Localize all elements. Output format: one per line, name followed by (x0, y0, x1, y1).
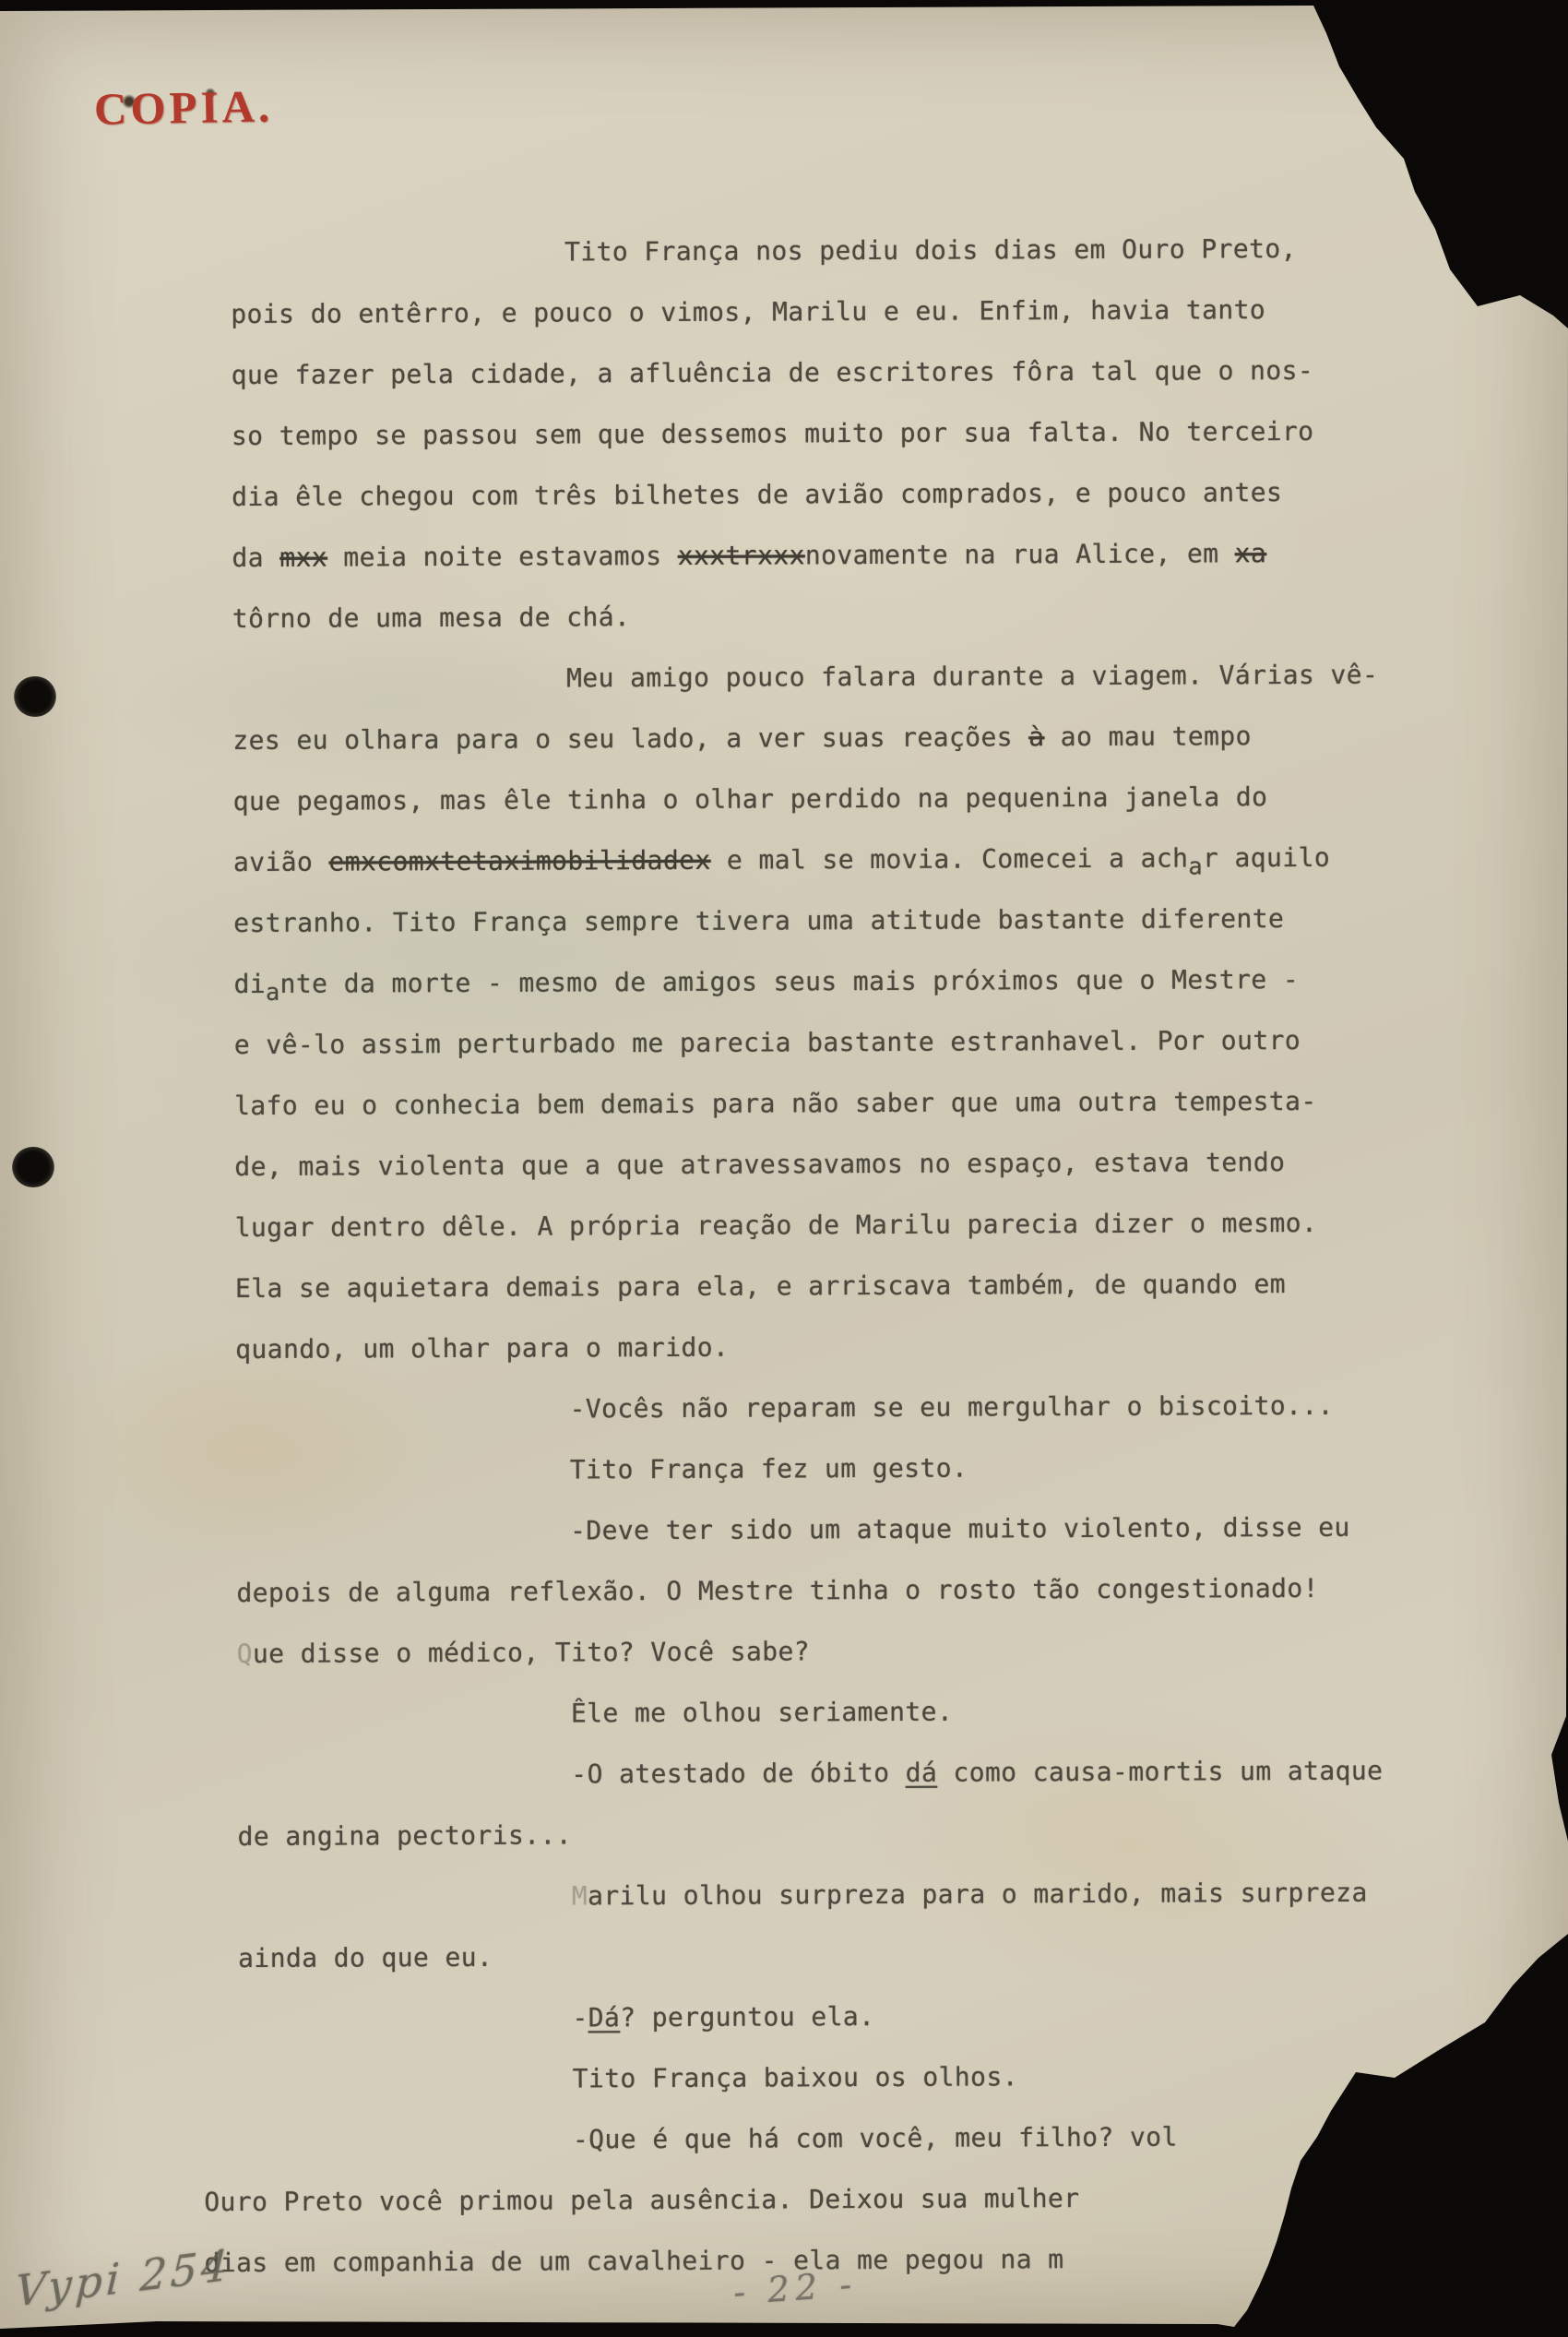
typescript-segment-sub: a (1188, 853, 1203, 879)
typescript-line: -Dá? perguntou ela. (7, 1998, 1568, 2066)
typescript-segment-strike: mxx (279, 543, 327, 573)
typescript-segment: ? perguntou ela. (620, 2001, 874, 2033)
typescript-line: de, mais violenta que a que atravessavam… (4, 1146, 1568, 1213)
typescript-line: quando, um olhar para o marido. (5, 1329, 1568, 1396)
scan-background: COPIA. Tito França nos pediu dois dias e… (0, 0, 1568, 2337)
typescript-segment: - (572, 2002, 588, 2033)
typescript-line: e vê-lo assim perturbado me parecia bast… (4, 1024, 1568, 1091)
typescript-line: ainda do que eu. (7, 1938, 1568, 2005)
typescript-segment-strike: à (1028, 721, 1044, 752)
typescript-segment: Ela se aquietara demais para ela, e arri… (235, 1269, 1286, 1304)
typescript-segment: como causa-mortis um ataque (937, 1756, 1383, 1788)
typescript-segment-faint: M (572, 1880, 588, 1911)
typescript-segment: -Vocês não reparam se eu mergulhar o bis… (569, 1390, 1333, 1425)
typescript-line: depois de alguma reflexão. O Mestre tinh… (6, 1572, 1568, 1639)
typescript-segment: que fazer pela cidade, a afluência de es… (232, 355, 1314, 390)
typescript-segment: Ouro Preto você primou pela ausência. De… (204, 2183, 1079, 2217)
typescript-segment: -Que é que há com você, meu filho? vol (573, 2122, 1178, 2155)
typescript-segment: tôrno de uma mesa de chá. (232, 602, 631, 634)
typescript-body: Tito França nos pediu dois dias em Ouro … (0, 233, 1568, 2309)
typescript-segment: -Deve ter sido um ataque muito violento,… (570, 1512, 1350, 1546)
typescript-segment-faint: Q (237, 1639, 253, 1669)
typescript-segment: Tito França fez um gesto. (570, 1453, 968, 1485)
page-number-pencil: - 22 - (732, 2263, 859, 2312)
typescript-line: que fazer pela cidade, a afluência de es… (1, 354, 1568, 422)
typescript-line: Tito França nos pediu dois dias em Ouro … (0, 233, 1568, 300)
typescript-line: -O atestado de óbito dá como causa-morti… (6, 1755, 1568, 1822)
typescript-segment: da (232, 543, 279, 573)
typescript-segment: dia êle chegou com três bilhetes de aviã… (232, 477, 1282, 512)
typescript-segment: Tito França baixou os olhos. (573, 2061, 1018, 2093)
typescript-line: que pegamos, mas êle tinha o olhar perdi… (3, 781, 1568, 848)
typescript-segment: depois de alguma reflexão. O Mestre tinh… (236, 1573, 1319, 1608)
typescript-segment: novamente na rua Alice, em (805, 538, 1235, 570)
typescript-segment: di (233, 969, 266, 999)
typescript-segment-strike: xxxtrxxx (678, 540, 805, 571)
typescript-segment: pois do entêrro, e pouco o vimos, Marilu… (231, 294, 1265, 329)
typescript-segment: dias em companhia de um cavalheiro - ela… (205, 2244, 1064, 2278)
typescript-segment: Meu amigo pouco falara durante a viagem.… (566, 660, 1378, 694)
typescript-segment: lugar dentro dêle. A própria reação de M… (235, 1208, 1318, 1243)
typescript-segment-sub: a (266, 979, 280, 1006)
punch-hole-top (14, 676, 56, 717)
typescript-segment: ao mau tempo (1044, 721, 1252, 752)
typescript-segment: r aquilo (1203, 842, 1330, 874)
typescript-line: estranho. Tito França sempre tivera uma … (3, 902, 1568, 970)
typescript-line: Tito França baixou os olhos. (8, 2059, 1568, 2127)
typescript-line: zes eu olhara para o seu lado, a ver sua… (2, 720, 1568, 787)
typescript-segment: Tito França nos pediu dois dias em Ouro … (564, 233, 1297, 267)
typescript-line: Marilu olhou surpreza para o marido, mai… (7, 1877, 1568, 1944)
typescript-segment: que pegamos, mas êle tinha o olhar perdi… (233, 781, 1268, 817)
typescript-line: Ouro Preto você primou pela ausência. De… (8, 2181, 1568, 2248)
typescript-line: -Que é que há com você, meu filho? vol (8, 2120, 1568, 2188)
typescript-segment: estranho. Tito França sempre tivera uma … (233, 903, 1284, 938)
typescript-segment: Êle me olhou seriamente. (571, 1697, 953, 1729)
typescript-segment: meia noite estavamos (327, 541, 678, 573)
typescript-segment: quando, um olhar para o marido. (235, 1332, 729, 1365)
typescript-line: Ela se aquietara demais para ela, e arri… (5, 1268, 1568, 1335)
typescript-line: -Deve ter sido um ataque muito violento,… (6, 1511, 1568, 1579)
typescript-line: avião emxcomxtetaximobilidadex e mal se … (3, 841, 1568, 909)
typescript-line: Que disse o médico, Tito? Você sabe? (6, 1633, 1568, 1700)
typescript-segment: e vê-lo assim perturbado me parecia bast… (234, 1025, 1301, 1060)
punch-hole-bottom (12, 1147, 54, 1187)
typescript-line: Meu amigo pouco falara durante a viagem.… (2, 659, 1568, 726)
typescript-line: tôrno de uma mesa de chá. (2, 598, 1568, 665)
copia-stamp: COPIA. (94, 79, 274, 135)
typescript-line: so tempo se passou sem que dessemos muit… (1, 415, 1568, 483)
typescript-segment: de angina pectoris... (237, 1819, 572, 1852)
typescript-line: Êle me olhou seriamente. (6, 1694, 1568, 1761)
typescript-line: da mxx meia noite estavamos xxxtrxxxnova… (1, 537, 1568, 604)
typescript-segment: lafo eu o conhecia bem demais para não s… (234, 1086, 1317, 1121)
typescript-line: de angina pectoris... (6, 1816, 1568, 1883)
typescript-segment-u: Dá (588, 2002, 621, 2033)
typescript-line: pois do entêrro, e pouco o vimos, Marilu… (0, 293, 1568, 361)
typescript-segment: e mal se movia. Comecei a ach (711, 843, 1189, 876)
typescript-segment: nte da morte - mesmo de amigos seus mais… (280, 964, 1300, 999)
typescript-line: lugar dentro dêle. A própria reação de M… (5, 1207, 1568, 1274)
typescript-segment: zes eu olhara para o seu lado, a ver sua… (232, 721, 1028, 756)
typescript-segment: ue disse o médico, Tito? Você sabe? (253, 1636, 810, 1669)
typescript-segment: de, mais violenta que a que atravessavam… (234, 1147, 1285, 1182)
typescript-line: Tito França fez um gesto. (6, 1450, 1568, 1518)
typescript-line: dia êle chegou com três bilhetes de aviã… (1, 476, 1568, 543)
typescript-line: diante da morte - mesmo de amigos seus m… (3, 963, 1568, 1031)
typescript-line: lafo eu o conhecia bem demais para não s… (4, 1085, 1568, 1152)
typescript-segment: so tempo se passou sem que dessemos muit… (232, 416, 1314, 451)
paper-sheet: COPIA. Tito França nos pediu dois dias e… (0, 0, 1568, 2337)
typescript-segment-strike: xa (1235, 538, 1267, 568)
typescript-segment: ainda do que eu. (238, 1942, 493, 1973)
typescript-segment: -O atestado de óbito (571, 1758, 906, 1790)
typescript-segment: arilu olhou surpreza para o marido, mais… (588, 1878, 1368, 1912)
typescript-segment: avião (233, 847, 329, 877)
typescript-line: -Vocês não reparam se eu mergulhar o bis… (5, 1389, 1568, 1457)
typescript-segment-u: dá (906, 1758, 938, 1788)
typescript-segment-strike: emxcomxtetaximobilidadex (328, 845, 710, 877)
